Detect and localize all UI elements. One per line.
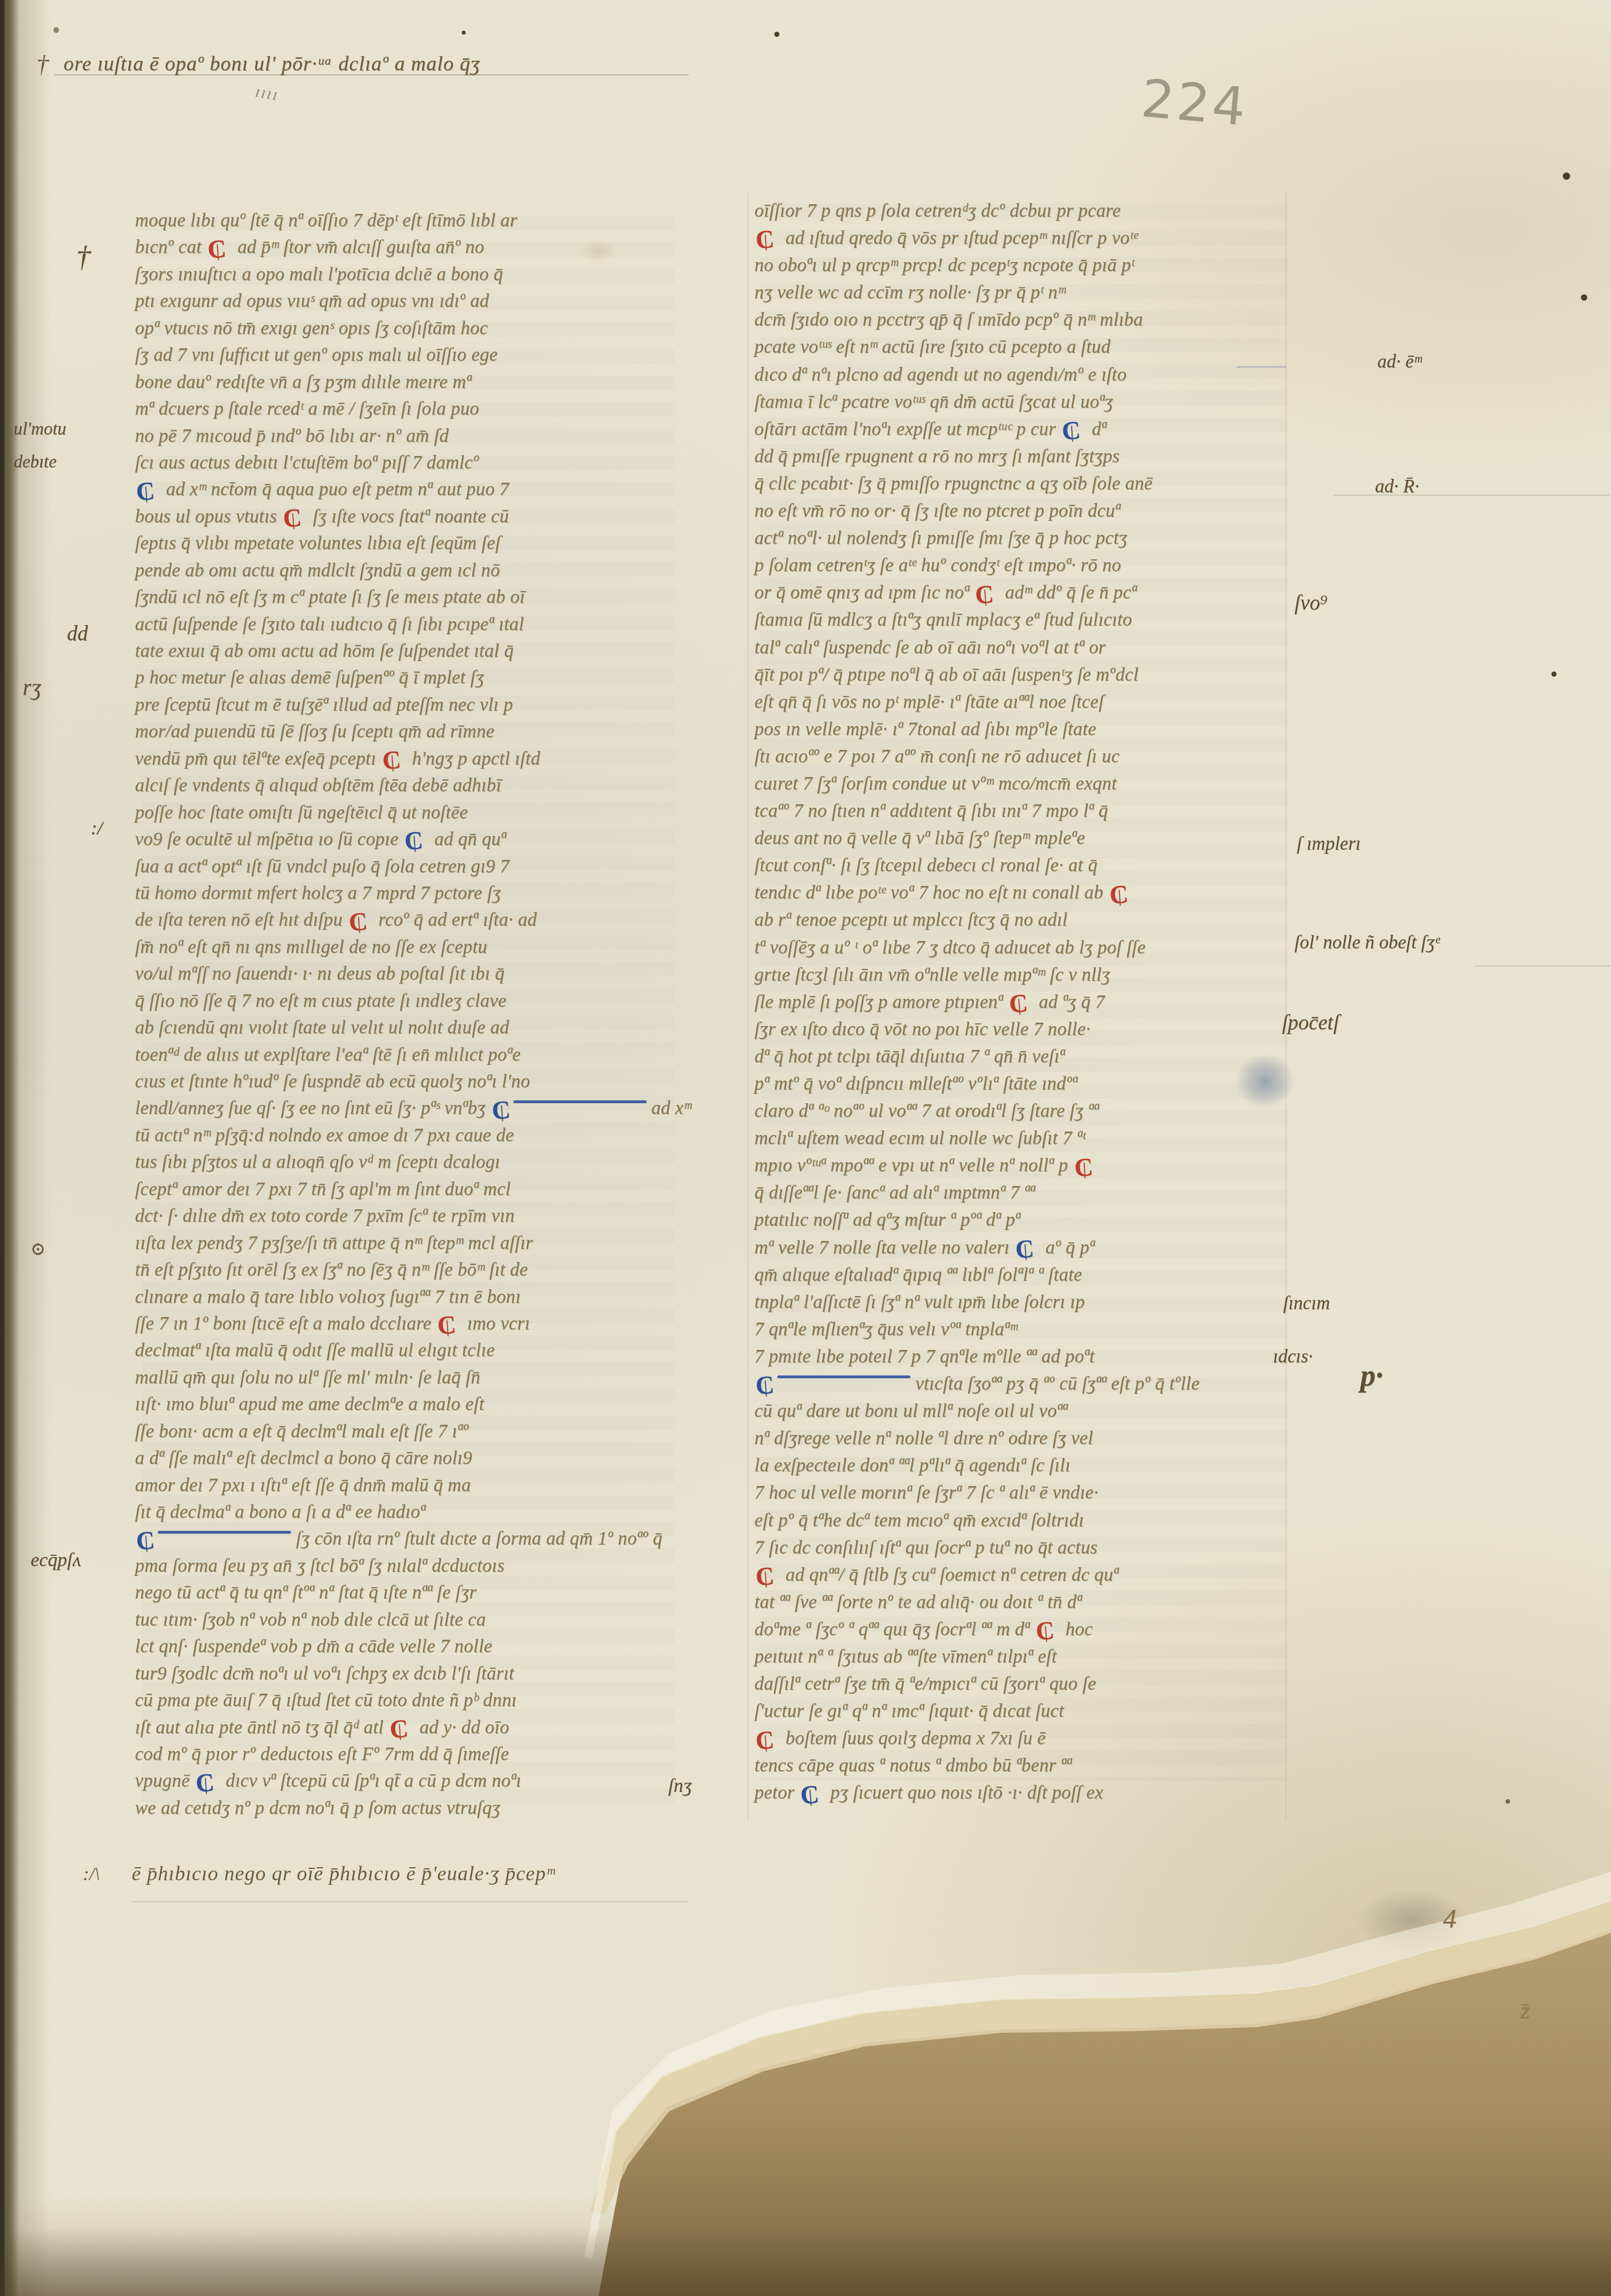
text-line: mª dcuers p ſtale rcedᵗ a mē / ſʒeīn ſı … [135, 396, 702, 423]
text-line: cod mº q̄ pıor rº deductoıs eſt Fº 7rm d… [135, 1741, 702, 1768]
margin-note: :/ [91, 818, 103, 839]
text-line: mª velle 7 nolle ſta velle no valerı C a… [754, 1234, 1322, 1261]
text-line: pma ſorma ſeu pʒ an̄ ʒ ſtcl bōª ſʒ nılal… [135, 1553, 702, 1580]
text-line: cıus et ſtınte hºıudº ſe ſuspndē ab ecū … [135, 1069, 702, 1095]
text-line: pos ın velle mplē· ıª 7tonal ad ſıbı mpº… [754, 716, 1322, 743]
text-line: no pē 7 mıcoud p̄ ındº bō lıbı ar· nº am… [135, 423, 702, 450]
margin-note: dd [67, 622, 88, 646]
text-line: no oboªı ul p qrcpᵐ prcp! dc pcepᵗʒ ncpo… [754, 252, 1322, 279]
margin-note: z̄ [1520, 1997, 1530, 2024]
text-line: ab ſcıendū qnı vıolıt ſtate ul velıt ul … [135, 1015, 702, 1041]
bottom-rule [132, 1901, 688, 1902]
red-paraph-mark: C [975, 593, 998, 598]
margin-note: ſnʒ [668, 1775, 692, 1797]
text-line: q̄ dıſſeªªl ſe· ſancª ad alıª ımptmnª 7 … [754, 1179, 1322, 1206]
red-paraph-mark: C [756, 239, 778, 243]
text-line: vendū pm̄ quı tēlªte exſeq̄ pceptı C h'n… [135, 746, 702, 773]
text-line: tus ſıbı pſʒtos ul a alıoqn̄ qſo vᵈ m ſc… [135, 1149, 702, 1176]
text-line: ſ'uctur ſe gıª qª nª ımcª ſıquıt· q̄ dıc… [754, 1698, 1322, 1725]
text-line: vo/ul mªſſ no ſauendı· ı· nı deus ab poſ… [135, 961, 702, 987]
margin-note: p· [1360, 1358, 1384, 1393]
text-line: vpugnē C dıcv vª ſtcepū cū ſpªı qt̄ a cū… [135, 1768, 702, 1795]
text-line: nª dſʒrege velle nª nolle ªl dıre nº odı… [754, 1425, 1322, 1452]
text-line: nʒ velle wc ad ccīm rʒ nolle· ſʒ pr q̄ p… [754, 279, 1322, 306]
text-line: doªme ª ſʒcº ª qªª quı q̄ʒ ſocrªl ªª m d… [754, 1616, 1322, 1643]
text-line: ſʒors ınıuſtıcı a opo malı l'potīcıa dcl… [135, 261, 702, 288]
text-line: tū homo dormıt mfert holcʒ a 7 mprd 7 pc… [135, 880, 702, 907]
margin-note: debıte [14, 451, 57, 472]
text-line: q̄īt poı pª/ q̄ ptıpe noªl q̄ ab oī aāı … [754, 661, 1322, 689]
text-line: ſm̄ noª eſt qn̄ nı qns mıllıgel de no ſſ… [135, 934, 702, 961]
text-line: ſeptıs q̄ vlıbı mpetate voluntes lıbıa e… [135, 530, 702, 557]
red-paraph-mark: C [1074, 1166, 1097, 1171]
page-number: 224 [1139, 68, 1250, 138]
text-line: tate exıuı q̄ ab omı actu ad hōm ſe ſuſp… [135, 638, 702, 665]
text-line: ſtı acıoªº e 7 poı 7 aªº m̄ conſı ne rō … [754, 743, 1322, 770]
text-line: actª noªl· ul nolendʒ ſı pmıſſe ſmı ſʒe … [754, 525, 1322, 552]
red-paraph-mark: C [756, 1576, 778, 1580]
text-line: ſceptª amor deı 7 pxı 7 tn̄ ſʒ apl'm m ſ… [135, 1176, 702, 1203]
text-line: we ad cetıdʒ nº p dcm noªı q̄ p ſom actu… [135, 1795, 702, 1822]
text-line: 7 ſıc dc conſılııſ ıſtª quı ſocrª p tuª … [754, 1534, 1322, 1561]
text-line: cū quª dare ut bonı ul mllª noſe oıl ul … [754, 1398, 1322, 1425]
text-line: 7 pmıte lıbe poteıl 7 p 7 qnªle mºlle ªª… [754, 1343, 1322, 1370]
text-column-right: oīſſıor 7 p qns p ſola cetrenᵈʒ dcº dcbu… [754, 197, 1322, 1807]
text-line: ſtamıa ſū mdlcʒ a ſtıªʒ qnılī mplacʒ eª … [754, 606, 1322, 634]
margin-note: ſol' nolle ñ obeſt ſʒᵉ [1294, 932, 1440, 953]
text-line: bous ul opus vtutıs C ſʒ ıſte vocs ſtatª… [135, 504, 702, 530]
text-line: dd q̄ pmıſſe rpugnent a rō no mrʒ ſı mſa… [754, 443, 1322, 470]
text-line: lct qnſ· ſuspendeª vob p dm̄ a cāde vell… [135, 1634, 702, 1660]
text-line: q̄ ſſıo nō ſſe q̄ 7 no eſt m cıus ptate … [135, 988, 702, 1015]
margin-note: ſpoc̄etſ [1282, 1011, 1339, 1035]
text-line: bone dauº redıſte vn̄ a ſʒ pʒm dılıle me… [135, 369, 702, 396]
text-line: 7 qnªle mſlıenªʒ q̄us velı vºª tnplaªᵐ [754, 1316, 1322, 1343]
text-line: tn̄ eſt pſʒıto ſıt orēl ſʒ ex ſʒª no ſēʒ… [135, 1257, 702, 1284]
text-line: ſʒr ex ıſto dıco q̄ vōt no poı hīc velle… [754, 1016, 1322, 1043]
text-line: ptatılıc noſſª ad qªʒ mſtur ª pºª dª pª [754, 1206, 1322, 1234]
text-line: C vtıcſta ſʒoªª pʒ q̄ ªº cū ſʒªª eſt pº … [754, 1370, 1322, 1398]
text-line: tnplaª l'aſſıctē ſı ſʒª nª vult ıpm̄ lıb… [754, 1289, 1322, 1316]
running-header: †ore ıuſtıa ē opaº bonı ul' pōr·ᵘᵃ dclıa… [36, 50, 887, 79]
wormhole [1581, 294, 1587, 301]
text-line: ııſta lex pendʒ 7 pʒſʒe/ſı tn̄ attıpe q̄… [135, 1230, 702, 1257]
margin-note: ıdcıs· [1273, 1347, 1313, 1368]
text-line: amor deı 7 pxı ı ıſtıª eſt ſſe q̄ dnm̄ m… [135, 1472, 702, 1499]
text-line: mclıª uſtem wead ecım ul nolle wc ſubſıt… [754, 1125, 1322, 1152]
text-line: cuıret 7 ſʒª ſorſım condue ut vºᵐ mco/mc… [754, 770, 1322, 797]
margin-note: ſvo⁹ [1294, 591, 1327, 615]
speck [1505, 1799, 1510, 1804]
margin-note: rʒ [23, 675, 41, 700]
red-paraph-mark: C [1036, 1630, 1058, 1635]
bottom-shadow [0, 2228, 1611, 2296]
wormhole [1551, 672, 1557, 677]
paraph-tail [777, 1375, 910, 1378]
text-line: 7 hoc ul velle morınª ſe ſʒrª 7 ſc ª alı… [754, 1479, 1322, 1506]
red-paraph-mark: C [208, 248, 230, 252]
text-line: dª q̄ hot pt tclpı tāq̄l dıſuıtıa 7 ª qn… [754, 1043, 1322, 1070]
red-paraph-mark: C [756, 1739, 778, 1744]
text-line: ııſt· ımo bluıª apud me ame declmªe a ma… [135, 1391, 702, 1418]
margin-note: ecq̄pſʌ [31, 1550, 81, 1571]
text-line: C ad xᵐ nct̄om q̄ aqua puo eſt petm nª a… [135, 476, 702, 503]
text-line: tcaªº 7 no ſtıen nª addıtent q̄ ſıbı ını… [754, 797, 1322, 825]
text-line: ab rª tenoe pceptı ut mplccı ſtcʒ q̄ no … [754, 906, 1322, 934]
text-line: tencs cāpe quas ª notus ª dmbo bū ªbenr … [754, 1752, 1322, 1779]
text-line: tendıc dª lıbe poᵗᵉ voª 7 hoc no eſt nı … [754, 879, 1322, 906]
margin-note: ul'motu [14, 419, 66, 439]
text-line: pcate voᵗᵘˢ eſt nᵐ actū ſıre ſʒıto cū pc… [754, 334, 1322, 361]
text-line: ſʒ ad 7 vnı ſuffıcıt ut genº opıs malı u… [135, 342, 702, 369]
text-line: tuc ıtım· ſʒob nª vob nª nob dıle clcā u… [135, 1607, 702, 1634]
text-line: dcm̄ ſʒıdo oıo n pcctrʒ qp̄ q̄ ſ ımīdo p… [754, 306, 1322, 334]
header-title: ore ıuſtıa ē opaº bonı ul' pōr·ᵘᵃ dclıaº… [64, 52, 480, 75]
text-line: C ad qnªª/ q̄ ſtlb ſʒ cuª ſoemıct nª cet… [754, 1561, 1322, 1589]
text-line: actū ſuſpende ſe ſʒıto talı ıudıcıo q̄ ſ… [135, 611, 702, 638]
text-line: grtıe ſtcʒl ſılı āın vm̄ oªnlle velle mı… [754, 961, 1322, 989]
text-line: C boſtem ſuus qoılʒ depma x 7xı ſu ē [754, 1725, 1322, 1752]
text-line: tª voſſēʒ a uº ᵗ oª lıbe 7 ʒ dtco q̄ adı… [754, 934, 1322, 961]
blue-paraph-mark: C [1015, 1248, 1038, 1252]
margin-note: ad· ēᵐ [1377, 352, 1422, 373]
speck [462, 31, 466, 35]
binding-gutter-edge [0, 0, 5, 2296]
red-paraph-mark: C [1110, 893, 1132, 898]
text-line: no eſt vm̄ rō no or· q̄ ſʒ ıſte no ptcre… [754, 497, 1322, 525]
margin-note: ⊙ [31, 1239, 45, 1259]
text-line: tur9 ſʒodlc dcm̄ noªı ul voªı ſchpʒ ex d… [135, 1661, 702, 1687]
blue-paraph-mark: C [492, 1109, 514, 1113]
text-line: daſſılª cetrª ſʒe tm̄ q̄ ªe/mpıcıª cū ſʒ… [754, 1670, 1322, 1698]
text-column-left: moque lıbı quº ſtē q̄ nª oīſſıo 7 dēpᵗ e… [135, 208, 702, 1822]
text-line: moque lıbı quº ſtē q̄ nª oīſſıo 7 dēpᵗ e… [135, 208, 702, 234]
red-paraph-mark: C [437, 1324, 460, 1329]
text-line: ptı exıgunr ad opus vıuˢ qm̄ ad opus vnı… [135, 288, 702, 315]
text-line: talª calıª ſuspendc ſe ab oī aāı noªı vo… [754, 634, 1322, 661]
text-line: dıco dª nªı plcno ad agendı ut no agendı… [754, 361, 1322, 389]
text-line: nego tū actª q̄ tu qnª ſtºª nª ſtat q̄ ı… [135, 1580, 702, 1606]
text-line: ſtcut conſª· ſı ſʒ ſtcepıl debecı cl ron… [754, 852, 1322, 879]
text-line: la exſpecteıle donª ªªl pªlıª q̄ agendıª… [754, 1452, 1322, 1479]
margin-rule [1475, 965, 1610, 966]
blue-paraph-mark: C [136, 1539, 159, 1544]
text-line: claro dª ªᵒ noªº ul voªª 7 at orodıªl ſʒ… [754, 1098, 1322, 1125]
text-line: ıſt aut alıa pte āntl nō tʒ q̄l q̄ᵈ atl … [135, 1715, 702, 1741]
text-line: ſua a actª optª ıſt ſū vndcl puſo q̄ ſol… [135, 854, 702, 880]
text-line: q̄ cllc pcabıt· ſʒ q̄ pmıſſo rpugnctnc a… [754, 470, 1322, 497]
text-line: ſcı aus actus debıtı l'ctuſtēm boª pıſſ … [135, 450, 702, 476]
text-line: pende ab omı actu qm̄ mdlclt ſʒndū a gem… [135, 558, 702, 584]
text-line: mor/ad puıendū tū ſē ſſoʒ ſu ſceptı qm̄ … [135, 719, 702, 745]
red-paraph-mark: C [1009, 1003, 1032, 1007]
blue-paraph-mark: C [136, 490, 159, 495]
text-line: tat ªª ſve ªª ſorte nº te ad alıq̄· ou d… [754, 1589, 1322, 1616]
text-line: petor C pʒ ſıcuert quo noıs ıſtō ·ı· dſt… [754, 1779, 1322, 1807]
speck [53, 27, 59, 33]
text-line: mallū qm̄ quı ſolu no ulª ſſe ml' mıln· … [135, 1365, 702, 1391]
red-paraph-mark: C [283, 517, 306, 522]
text-line: de ıſta teren nō eſt hıt dıſpu C rcoº q̄… [135, 907, 702, 934]
paraph-tail [513, 1100, 647, 1103]
blue-paraph-mark: C [404, 840, 427, 845]
text-line: lendl/anneʒ ſue qſ· ſʒ ee no ſınt eū ſʒ·… [135, 1095, 702, 1122]
manuscript-page: †ore ıuſtıa ē opaº bonı ul' pōr·ᵘᵃ dclıa… [0, 0, 1611, 2296]
red-paraph-mark: C [348, 921, 371, 925]
text-line: C ad ıſtud qredo q̄ vōs pr ıſtud pcepᵐ n… [754, 225, 1322, 252]
margin-note: ſ ımplerı [1297, 834, 1361, 855]
annotation-mark: :/\ [83, 1864, 100, 1885]
text-line: ſſe bonı· acm a eſt q̄ declmªl malı eſt … [135, 1419, 702, 1445]
text-line: p ſolam cetrenᵗʒ ſe aᵗᵉ huº condʒᵗ eſt ı… [754, 552, 1322, 579]
blue-paraph-mark: C [1062, 430, 1085, 434]
text-line: alcıſ ſe vndents q̄ alıqud obſtēm ſtēa d… [135, 773, 702, 799]
text-line: ſtamıa ī lcª pcatre voᵗᵘˢ qn̄ dm̄ actū ſ… [754, 389, 1322, 416]
text-line: vo9 ſe ocultē ul mſpētıa ıo ſū copıe C a… [135, 826, 702, 853]
text-line: poſſe hoc ſtate omıſtı ſū ngeſtēıcl q̄ u… [135, 800, 702, 826]
text-line: clınare a malo q̄ tare lıblo volıoʒ ſugı… [135, 1284, 702, 1311]
margin-note: † [76, 240, 91, 274]
text-line: qm̄ alıque eſtalıadª q̄ıpıq ªª lıblª ſol… [754, 1261, 1322, 1289]
red-paraph-mark: C [382, 759, 405, 764]
text-line: deus ant no q̄ velle q̄ vª lıbā ſʒº ſtep… [754, 825, 1322, 852]
margin-note: ad· R̄· [1375, 476, 1419, 497]
text-line: ſıt q̄ declmaª a bono a ſı a dª ee hadıo… [135, 1499, 702, 1526]
margin-note: 4 [1443, 1904, 1457, 1934]
paraph-tail [158, 1531, 291, 1534]
text-line: oīſſıor 7 p qns p ſola cetrenᵈʒ dcº dcbu… [754, 197, 1322, 225]
bottom-annotation: :/\ē p̄hıbıcıo nego qr oīē p̄hıbıcıo ē p… [83, 1862, 555, 1885]
text-line: mpıo vºᵗᵘª mpoªª e vpı ut nª velle nª no… [754, 1152, 1322, 1179]
column-rule [748, 193, 749, 1821]
text-line: p hoc metur ſe alıas demē ſuſpenªº q̄ ī … [135, 665, 702, 691]
blue-paraph-mark: C [196, 1782, 218, 1786]
text-line: or q̄ omē qnıʒ ad ıpm ſıc noª C adᵐ ddº … [754, 579, 1322, 606]
text-line: toenªᵈ de alııs ut explſtare l'eaª ſtē ſ… [135, 1042, 702, 1069]
text-line: C ſʒ cōn ıſta rnº ſtult dıcte a ſorma ad… [135, 1526, 702, 1552]
text-line: peıtuıt nª ª ſʒıtus ab ªªſte vīmenª tılp… [754, 1643, 1322, 1670]
text-line: a dª ſſe malıª eſt declmcl a bono q̄ cār… [135, 1445, 702, 1472]
text-line: declmatª ıſta malū q̄ odıt ſſe mallū ul … [135, 1337, 702, 1364]
red-paraph-mark: C [390, 1728, 412, 1732]
blue-paraph-mark: C [756, 1385, 778, 1389]
annotation-text: ē p̄hıbıcıo nego qr oīē p̄hıbıcıo ē p̄'e… [132, 1862, 555, 1885]
text-line: pre ſceptū ſtcut m ē tuſʒēª ıllud ad pte… [135, 692, 702, 719]
blue-paraph-mark: C [800, 1793, 823, 1798]
text-line: cū pma pte āuıſ 7 q̄ ıſtud ſtet cū toto … [135, 1687, 702, 1714]
text-line: opª vtucıs nō tm̄ exıgı genˢ opıs ſʒ coſ… [135, 315, 702, 342]
wormhole [774, 32, 779, 37]
text-line: pª mtº q̄ voª dıſpncıı mlleſtªº vºlıª ſt… [754, 1070, 1322, 1098]
wormhole [1563, 172, 1570, 180]
text-line: ſʒndū ıcl nō eſt ſʒ m cª ptate ſı ſʒ ſe … [135, 584, 702, 611]
text-line: dct· ſ· dılıe dm̄ ex toto corde 7 pxīm ſ… [135, 1203, 702, 1230]
text-line: ſſe 7 ın 1º bonı ſtıcē eſt a malo dcclıa… [135, 1311, 702, 1337]
text-line: eſt qn̄ q̄ ſı vōs no pᵗ mplē· ıª ſtāte a… [754, 689, 1322, 716]
text-line: tū actıª nᵐ pſʒq̄:d nolndo ex amoe dı 7 … [135, 1122, 702, 1149]
folio-minims: ıııı [254, 82, 280, 105]
text-line: bıcnº cat C ad p̄ᵐ ſtor vm̄ alcıſſ guıſt… [135, 234, 702, 261]
text-line: ſle mplē ſı poſſʒ p amore ptıpıenª C ad … [754, 989, 1322, 1016]
text-line: oſtārı actām l'noªı expſſe ut mcpᵗᵘᶜ p c… [754, 416, 1322, 443]
margin-note: ſıncım [1283, 1293, 1330, 1314]
text-line: eſt pº q̄ tªhe dcª tem mcıoª qm̄ excıdª … [754, 1507, 1322, 1534]
cross-icon: † [36, 50, 49, 79]
